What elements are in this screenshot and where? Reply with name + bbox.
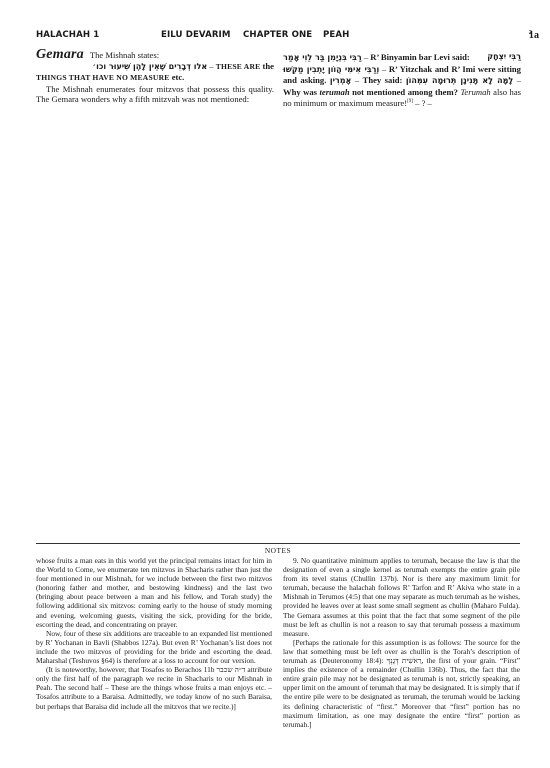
dash: –	[355, 75, 359, 85]
mishnah-etc: etc.	[170, 72, 185, 82]
question-part-1: Why was	[283, 87, 320, 97]
hebrew-rabbi-yitzchak: רַבִּי יִצְחָק	[487, 52, 521, 63]
dash: –	[517, 75, 521, 85]
gemara-intro-text: The Mishnah states:	[90, 50, 159, 60]
mishnah-caps: THESE ARE	[216, 62, 261, 71]
mishnah-hebrew: אלו דְבָרִים שֶׁאֵין לָהֶן שִׁיעוּר וכו׳	[93, 62, 208, 71]
dash: –	[364, 52, 368, 62]
mishnah-the: the	[260, 61, 274, 71]
mishnah-quote-cont: THINGS THAT HAVE NO MEASURE etc.	[36, 72, 274, 84]
gemara-line-2: וְרַבִּי אִימִּי הֲוֹון יָתְבִין מַקְשׁו…	[283, 64, 521, 109]
dash: –	[382, 64, 386, 74]
r-binyamin-said: R’ Binyamin bar Levi said:	[370, 52, 469, 62]
mishnah-caps-2: THINGS THAT HAVE NO MEASURE	[36, 73, 170, 82]
terumah-italic: Terumah	[460, 87, 490, 97]
gemara-left-column: Gemara The Mishnah states: אלו דְבָרִים …	[36, 50, 274, 105]
dash: –	[207, 61, 216, 71]
tractate-label: EILU DEVARIM	[161, 30, 231, 40]
notes-right-column: 9. No quantitative minimum applies to te…	[283, 556, 520, 729]
folio-text: 1a	[529, 30, 539, 41]
notes-divider	[36, 543, 520, 544]
notes-left-column: whose fruits a man eats in this world ye…	[36, 556, 272, 711]
notes-title: NOTES	[36, 546, 520, 555]
hebrew-r-binyamin: רַבִּי בִּנְיָמִן בַּר לֵוִי אָמַר	[283, 53, 362, 62]
gemara-line-1: רַבִּי יִצְחָק רַבִּי בִּנְיָמִן בַּר לֵ…	[283, 52, 521, 64]
gemara-explanation: The Mishnah enumerates four mitzvos that…	[36, 84, 274, 105]
note-paragraph: [Perhaps the rationale for this assumpti…	[283, 638, 520, 729]
question-part-2: not mentioned among them?	[350, 87, 458, 97]
gemara-intro: Gemara The Mishnah states:	[36, 50, 274, 61]
running-head: HALACHAH 1 EILU DEVARIM CHAPTER ONE PEAH…	[36, 30, 532, 44]
note-paragraph: (It is noteworthy, however, that Tosafos…	[36, 665, 272, 710]
hebrew-lamah: לָמָּה לָא תָּנִינָן תְּרוּמָה עִמְּהוֹן	[406, 76, 513, 85]
halachah-label: HALACHAH 1	[36, 30, 99, 40]
gemara-label: Gemara	[36, 47, 84, 62]
gemara-right-column: רַבִּי יִצְחָק רַבִּי בִּנְיָמִן בַּר לֵ…	[283, 50, 521, 109]
chapter-label: CHAPTER ONE	[243, 30, 312, 40]
mishnah-quote: אלו דְבָרִים שֶׁאֵין לָהֶן שִׁיעוּר וכו׳…	[36, 61, 274, 73]
note-9: 9. No quantitative minimum applies to te…	[283, 556, 520, 638]
question-end: – ? –	[413, 98, 432, 108]
masechta-label: PEAH	[323, 30, 349, 40]
they-said: They said:	[363, 75, 403, 85]
hebrew-amrin: אָמְרִין	[330, 76, 352, 85]
note-paragraph: whose fruits a man eats in this world ye…	[36, 556, 272, 629]
hebrew-r-imi: וְרַבִּי אִימִּי הֲוֹון יָתְבִין מַקְשׁו…	[283, 65, 379, 74]
note-paragraph: Now, four of these six additions are tra…	[36, 629, 272, 665]
question-terumah: terumah	[320, 87, 350, 97]
folio-number: 1a2	[529, 30, 532, 41]
